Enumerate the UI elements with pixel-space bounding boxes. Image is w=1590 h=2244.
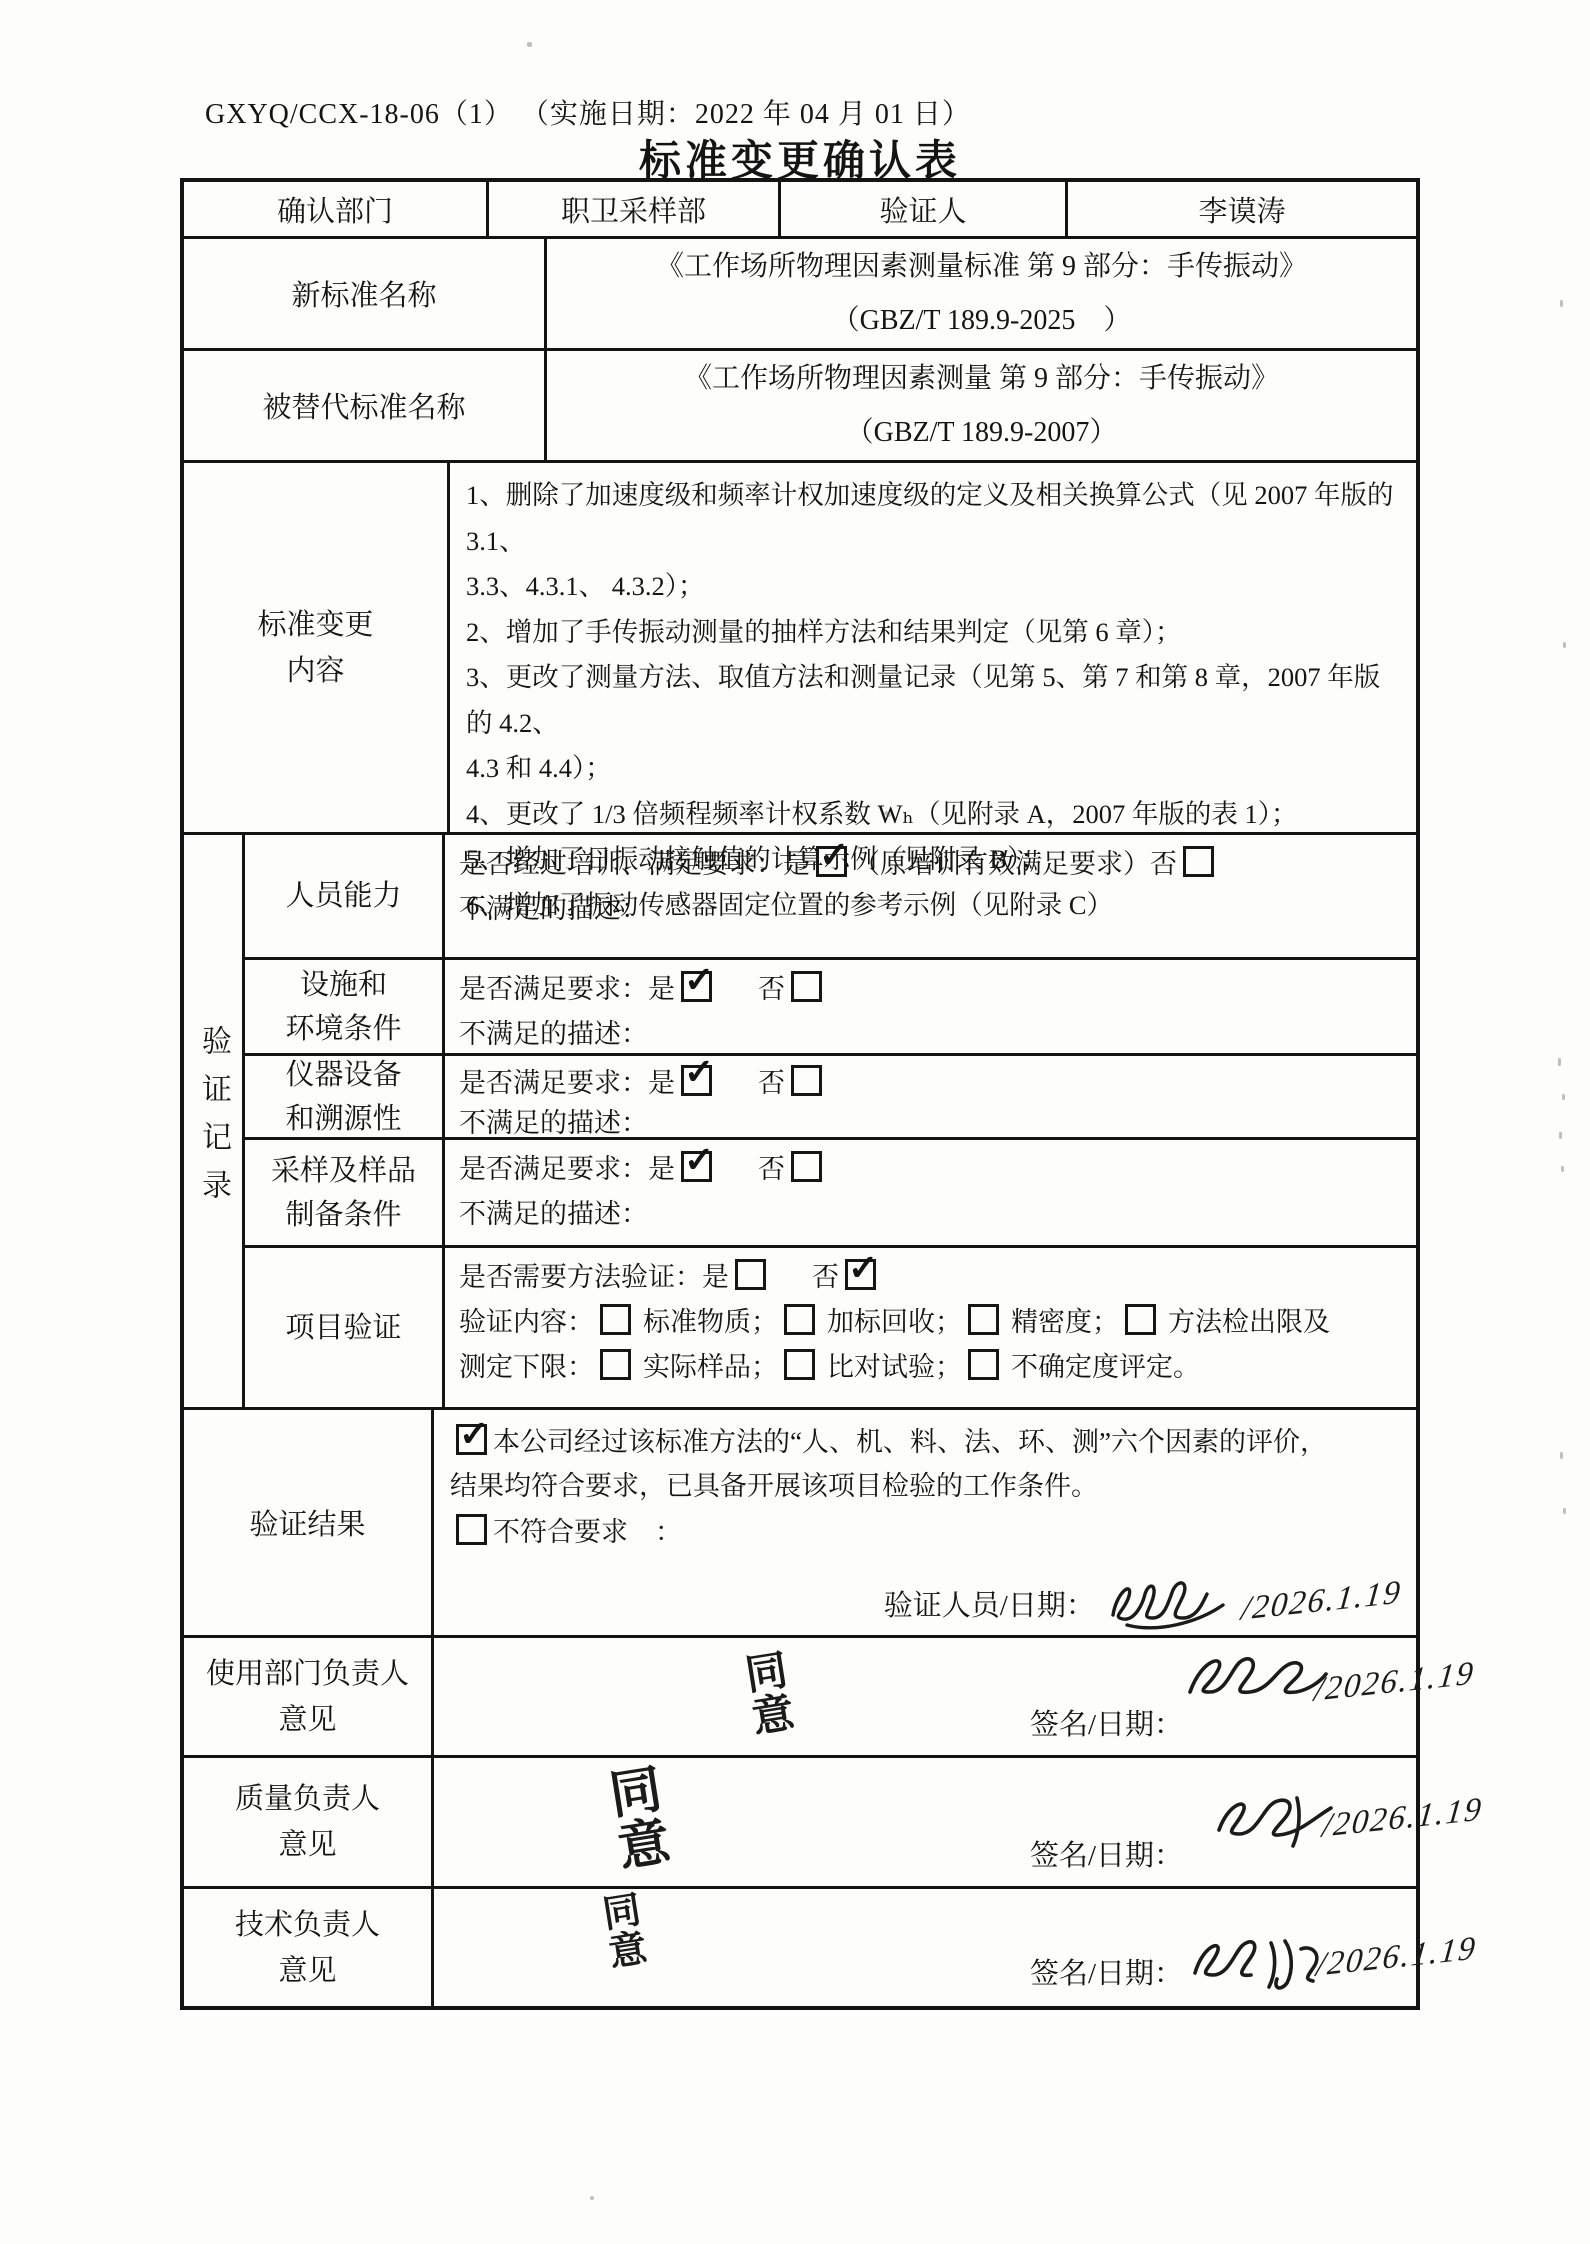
checkbox-unchecked bbox=[1125, 1304, 1156, 1335]
verification-record-strip: 验证记录 bbox=[184, 835, 242, 1407]
checkbox-yes-checked: ✓ bbox=[681, 971, 712, 1002]
checkbox-unchecked bbox=[600, 1304, 631, 1335]
tech-sign-label: 签名/日期： bbox=[1030, 1952, 1183, 1996]
checkbox-yes-checked: ✓ bbox=[681, 1065, 712, 1096]
result-label: 验证结果 bbox=[184, 1410, 431, 1635]
checkbox-unchecked bbox=[784, 1349, 815, 1380]
dept-opinion-label: 使用部门负责人 意见 bbox=[184, 1638, 431, 1755]
check-mark-icon: ✓ bbox=[848, 1247, 878, 1290]
checkbox-pass-checked: ✓ bbox=[456, 1424, 487, 1455]
scan-artifact bbox=[1560, 300, 1563, 307]
new-standard-name: 《工作场所物理因素测量标准 第 9 部分：手传振动》 bbox=[656, 240, 1307, 294]
dept-head-signature bbox=[1174, 1648, 1334, 1710]
equipment-content: 是否满足要求：是✓否 不满足的描述： bbox=[445, 1056, 1416, 1137]
checkbox-yes-checked: ✓ bbox=[816, 846, 847, 877]
table-row-dept-opinion: 使用部门负责人 意见 同意 签名/日期： /2026.1.19 bbox=[184, 1635, 1416, 1755]
quality-opinion-content: 同意 签名/日期： /2026.1.19 bbox=[431, 1758, 1416, 1886]
checkbox-yes-checked: ✓ bbox=[681, 1151, 712, 1182]
table-row-new-standard: 新标准名称 《工作场所物理因素测量标准 第 9 部分：手传振动》 （GBZ/T … bbox=[184, 236, 1416, 348]
quality-opinion-label: 质量负责人 意见 bbox=[184, 1758, 431, 1886]
checkbox-no-unchecked bbox=[791, 1065, 822, 1096]
check-mark-icon: ✓ bbox=[819, 834, 849, 877]
scan-artifact bbox=[1561, 1166, 1564, 1172]
unmet-description-label: 不满足的描述： bbox=[459, 888, 1402, 931]
change-item: 3.3、4.3.1、 4.3.2）； bbox=[466, 564, 1400, 610]
verification-record-group: 验证记录 人员能力 是否经过培训、满足要求：是✓（原培训有效满足要求）否 不满足… bbox=[184, 832, 1416, 1407]
unmet-description-label: 不满足的描述： bbox=[459, 1104, 1402, 1142]
change-item: 4、更改了 1/3 倍频程频率计权系数 Wₕ（见附录 A，2007 年版的表 1… bbox=[466, 792, 1400, 838]
dept-sign-label: 签名/日期： bbox=[1030, 1703, 1183, 1747]
verifier-label: 验证人 bbox=[778, 182, 1065, 236]
result-pass-text: 本公司经过该标准方法的“人、机、料、法、环、测”六个因素的评价，结果均符合要求，… bbox=[450, 1427, 1327, 1501]
row-project-verification: 项目验证 是否需要方法验证：是否✓ 验证内容：标准物质；加标回收；精密度；方法检… bbox=[245, 1245, 1416, 1407]
checkbox-unchecked bbox=[784, 1304, 815, 1335]
scan-artifact bbox=[1563, 642, 1566, 648]
checkbox-fail-unchecked bbox=[456, 1514, 487, 1545]
scan-artifact bbox=[1562, 1094, 1565, 1100]
scan-artifact bbox=[1559, 1132, 1562, 1139]
scan-artifact bbox=[1560, 1452, 1563, 1459]
tech-opinion-content: 同意 签名/日期： /2026.1.19 bbox=[431, 1889, 1416, 2006]
equipment-label: 仪器设备 和溯源性 bbox=[245, 1056, 445, 1137]
table-row-changes: 标准变更 内容 1、删除了加速度级和频率计权加速度级的定义及相关换算公式（见 2… bbox=[184, 460, 1416, 832]
changes-content: 1、删除了加速度级和频率计权加速度级的定义及相关换算公式（见 2007 年版的 … bbox=[447, 463, 1416, 832]
table-row-tech-opinion: 技术负责人 意见 同意 签名/日期： /2026.1.19 bbox=[184, 1886, 1416, 2006]
verification-record-label: 验证记录 bbox=[184, 1025, 242, 1217]
check-mark-icon: ✓ bbox=[459, 1412, 489, 1456]
unmet-description-label: 不满足的描述： bbox=[459, 1013, 1402, 1056]
new-standard-value: 《工作场所物理因素测量标准 第 9 部分：手传振动》 （GBZ/T 189.9-… bbox=[544, 239, 1416, 348]
scanned-document-page: GXYQ/CCX-18-06（1） （实施日期：2022 年 04 月 01 日… bbox=[0, 0, 1590, 2244]
checkbox-no-checked: ✓ bbox=[845, 1259, 876, 1290]
result-fail-text: 不符合要求 ： bbox=[493, 1517, 682, 1547]
change-item: 1、删除了加速度级和频率计权加速度级的定义及相关换算公式（见 2007 年版的 … bbox=[466, 473, 1400, 564]
project-verification-content: 是否需要方法验证：是否✓ 验证内容：标准物质；加标回收；精密度；方法检出限及 测… bbox=[445, 1248, 1416, 1407]
scan-artifact bbox=[1558, 1058, 1561, 1066]
personnel-label: 人员能力 bbox=[245, 835, 445, 957]
confirmation-table: 确认部门 职卫采样部 验证人 李谟涛 新标准名称 《工作场所物理因素测量标准 第… bbox=[180, 178, 1420, 2010]
checkbox-yes-unchecked bbox=[735, 1259, 766, 1290]
change-item: 4.3 和 4.4）； bbox=[466, 746, 1400, 792]
check-mark-icon: ✓ bbox=[684, 1053, 714, 1091]
scan-artifact bbox=[527, 42, 532, 47]
new-standard-number: （GBZ/T 189.9-2025 ） bbox=[832, 294, 1132, 348]
checkbox-unchecked bbox=[600, 1349, 631, 1380]
checkbox-unchecked bbox=[968, 1304, 999, 1335]
check-mark-icon: ✓ bbox=[684, 959, 714, 1002]
checkbox-no-unchecked bbox=[791, 1151, 822, 1182]
table-row-old-standard: 被替代标准名称 《工作场所物理因素测量 第 9 部分：手传振动》 （GBZ/T … bbox=[184, 348, 1416, 460]
dept-opinion-content: 同意 签名/日期： /2026.1.19 bbox=[431, 1638, 1416, 1755]
old-standard-name: 《工作场所物理因素测量 第 9 部分：手传振动》 bbox=[684, 352, 1279, 406]
old-standard-value: 《工作场所物理因素测量 第 9 部分：手传振动》 （GBZ/T 189.9-20… bbox=[544, 351, 1416, 460]
document-code: GXYQ/CCX-18-06（1） （实施日期：2022 年 04 月 01 日… bbox=[205, 92, 971, 132]
dept-handwritten-comment: 同意 bbox=[743, 1649, 804, 1741]
row-equipment: 仪器设备 和溯源性 是否满足要求：是✓否 不满足的描述： bbox=[245, 1053, 1416, 1137]
facility-label: 设施和 环境条件 bbox=[245, 960, 445, 1053]
change-item: 3、更改了测量方法、取值方法和测量记录（见第 5、第 7 和第 8 章，2007… bbox=[466, 655, 1400, 746]
unmet-description-label: 不满足的描述： bbox=[459, 1193, 1402, 1236]
quality-sign-label: 签名/日期： bbox=[1030, 1834, 1183, 1878]
dept-sign-date: /2026.1.19 bbox=[1312, 1651, 1477, 1713]
checkbox-no-unchecked bbox=[791, 971, 822, 1002]
scan-artifact bbox=[590, 2196, 594, 2200]
quality-handwritten-comment: 同意 bbox=[606, 1762, 682, 1876]
table-row-result: 验证结果 ✓本公司经过该标准方法的“人、机、料、法、环、测”六个因素的评价，结果… bbox=[184, 1407, 1416, 1635]
checkbox-unchecked bbox=[968, 1349, 999, 1380]
tech-handwritten-comment: 同意 bbox=[600, 1890, 655, 1973]
scan-artifact bbox=[1563, 1508, 1566, 1514]
changes-label: 标准变更 内容 bbox=[184, 463, 447, 832]
row-sampling: 采样及样品 制备条件 是否满足要求：是✓否 不满足的描述： bbox=[245, 1137, 1416, 1245]
row-facility: 设施和 环境条件 是否满足要求：是✓否 不满足的描述： bbox=[245, 957, 1416, 1053]
tech-opinion-label: 技术负责人 意见 bbox=[184, 1889, 431, 2006]
verifier-sign-label: 验证人员/日期： bbox=[884, 1589, 1095, 1623]
table-row-header: 确认部门 职卫采样部 验证人 李谟涛 bbox=[184, 182, 1416, 236]
sampling-label: 采样及样品 制备条件 bbox=[245, 1140, 445, 1245]
verifier-sign-date: /2026.1.19 bbox=[1239, 1570, 1404, 1632]
old-standard-number: （GBZ/T 189.9-2007） bbox=[846, 406, 1118, 460]
check-mark-icon: ✓ bbox=[684, 1139, 714, 1182]
row-personnel: 人员能力 是否经过培训、满足要求：是✓（原培训有效满足要求）否 不满足的描述： bbox=[245, 835, 1416, 957]
result-content: ✓本公司经过该标准方法的“人、机、料、法、环、测”六个因素的评价，结果均符合要求… bbox=[431, 1410, 1416, 1635]
checkbox-no-unchecked bbox=[1183, 846, 1214, 877]
personnel-content: 是否经过培训、满足要求：是✓（原培训有效满足要求）否 不满足的描述： bbox=[445, 835, 1416, 957]
facility-content: 是否满足要求：是✓否 不满足的描述： bbox=[445, 960, 1416, 1053]
new-standard-label: 新标准名称 bbox=[184, 239, 544, 348]
table-row-quality-opinion: 质量负责人 意见 同意 签名/日期： /2026.1.19 bbox=[184, 1755, 1416, 1886]
confirm-dept-label: 确认部门 bbox=[184, 182, 486, 236]
change-item: 2、增加了手传振动测量的抽样方法和结果判定（见第 6 章）； bbox=[466, 610, 1400, 656]
verifier-sign-line: 验证人员/日期： /2026.1.19 bbox=[884, 1575, 1402, 1623]
project-verification-label: 项目验证 bbox=[245, 1248, 445, 1407]
sampling-content: 是否满足要求：是✓否 不满足的描述： bbox=[445, 1140, 1416, 1245]
verifier-signature bbox=[1099, 1575, 1227, 1631]
old-standard-label: 被替代标准名称 bbox=[184, 351, 544, 460]
confirm-dept-value: 职卫采样部 bbox=[486, 182, 778, 236]
verifier-value: 李谟涛 bbox=[1065, 182, 1416, 236]
